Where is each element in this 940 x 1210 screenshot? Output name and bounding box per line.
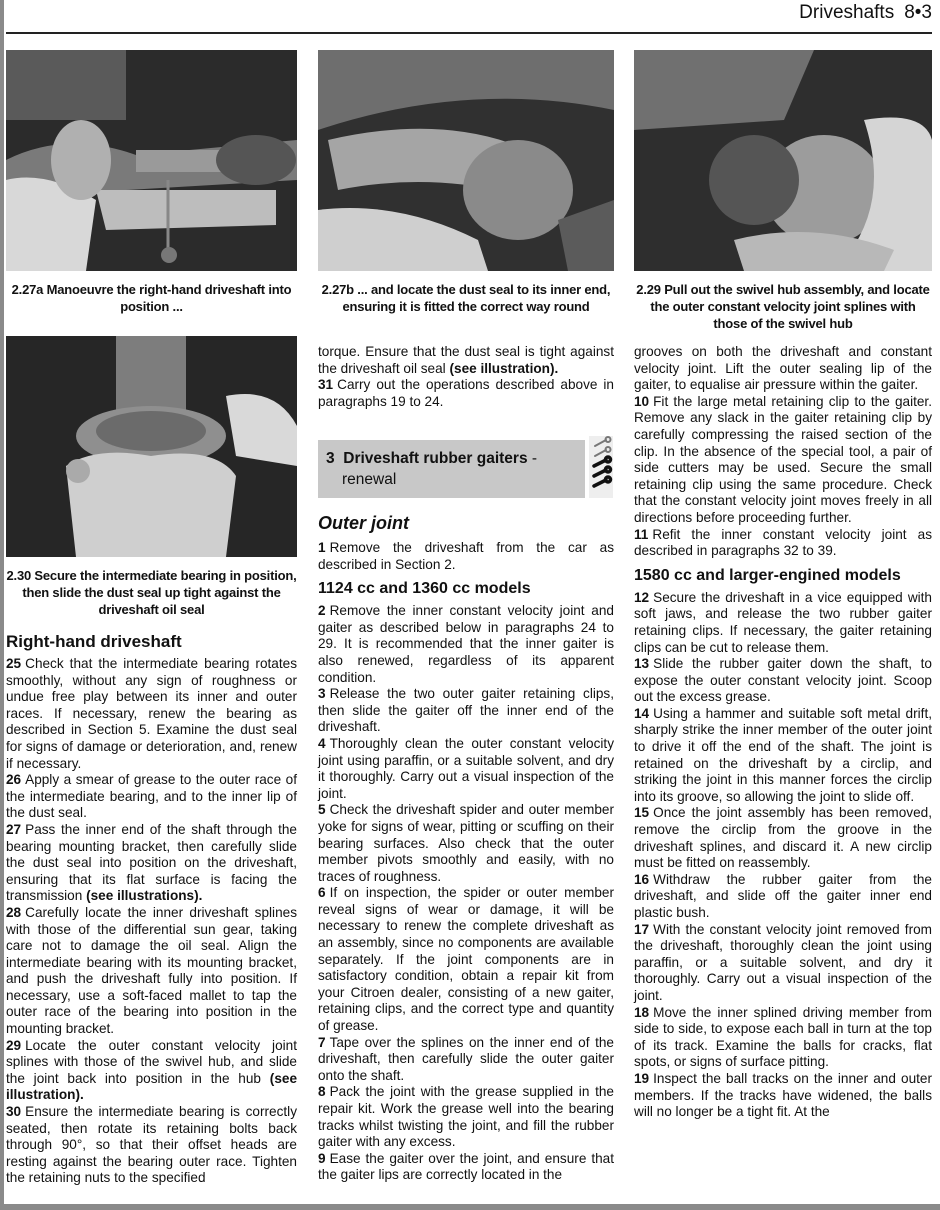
paragraph-8: 8Pack the joint with the grease supplied… [318,1084,614,1150]
paragraph-30: 30Ensure the intermediate bearing is cor… [6,1104,297,1187]
paragraph-26: 26Apply a smear of grease to the outer r… [6,772,297,822]
paragraph-14: 14Using a hammer and suitable soft metal… [634,706,932,806]
paragraph-7: 7Tape over the splines on the inner end … [318,1035,614,1085]
paragraph-15: 15Once the joint assembly has been remov… [634,805,932,871]
paragraph-4: 4Thoroughly clean the outer constant vel… [318,736,614,802]
paragraph-31: 31Carry out the operations described abo… [318,377,614,410]
section-heading-box: 3 Driveshaft rubber gaiters - renewal [318,440,585,498]
paragraph-13: 13Slide the rubber gaiter down the shaft… [634,656,932,706]
illustration-ref: (see illustration). [449,361,558,376]
heading-outer-joint: Outer joint [318,512,614,534]
photo-2-30 [6,336,297,557]
paragraph-11: 11Refit the inner constant velocity join… [634,527,932,560]
photo-2-29 [634,50,932,271]
caption-2-27b: 2.27b ... and locate the dust seal to it… [318,281,614,315]
spanner-rating-icon [589,436,613,498]
paragraph-18: 18Move the inner splined driving member … [634,1005,932,1071]
paragraph-28: 28Carefully locate the inner driveshaft … [6,905,297,1038]
paragraph-29: 29Locate the outer constant velocity joi… [6,1038,297,1104]
chapter-title: Driveshafts [799,2,894,23]
header-rule [6,32,932,34]
paragraph-3: 3Release the two outer gaiter retaining … [318,686,614,736]
page-number: 8•3 [904,2,932,23]
column-1: Right-hand driveshaft 25Check that the i… [6,632,297,1187]
paragraph-6: 6If on inspection, the spider or outer m… [318,885,614,1034]
paragraph-9-continued: grooves on both the driveshaft and const… [634,344,932,394]
paragraph-16: 16Withdraw the rubber gaiter from the dr… [634,872,932,922]
page-bottom-border [0,1204,940,1210]
section-subtitle: renewal [342,471,396,489]
paragraph-25: 25Check that the intermediate bearing ro… [6,656,297,772]
heading-1124-1360-models: 1124 cc and 1360 cc models [318,579,614,599]
paragraph-5: 5Check the driveshaft spider and outer m… [318,802,614,885]
page-left-border [0,0,4,1210]
caption-2-30: 2.30 Secure the intermediate bearing in … [6,567,297,618]
column-2-top: torque. Ensure that the dust seal is tig… [318,344,614,410]
photo-2-27b [318,50,614,271]
photo-2-27a [6,50,297,271]
paragraph-12: 12Secure the driveshaft in a vice equipp… [634,590,932,656]
illustration-ref: (see illustrations). [86,888,202,903]
column-2-main: Outer joint 1Remove the driveshaft from … [318,508,614,1184]
heading-1580-models: 1580 cc and larger-engined models [634,566,932,586]
running-header: Driveshafts8•3 [799,2,932,24]
heading-right-hand-driveshaft: Right-hand driveshaft [6,632,297,652]
paragraph-1: 1Remove the driveshaft from the car as d… [318,540,614,573]
paragraph-19: 19Inspect the ball tracks on the inner a… [634,1071,932,1121]
paragraph-2: 2Remove the inner constant velocity join… [318,603,614,686]
caption-2-27a: 2.27a Manoeuvre the right-hand driveshaf… [6,281,297,315]
paragraph-10: 10Fit the large metal retaining clip to … [634,394,932,527]
paragraph-30-continued: torque. Ensure that the dust seal is tig… [318,344,614,377]
paragraph-9: 9Ease the gaiter over the joint, and ens… [318,1151,614,1184]
section-title: Driveshaft rubber gaiters [343,450,527,467]
paragraph-17: 17With the constant velocity joint remov… [634,922,932,1005]
column-3: grooves on both the driveshaft and const… [634,344,932,1121]
caption-2-29: 2.29 Pull out the swivel hub assembly, a… [634,281,932,332]
paragraph-27: 27Pass the inner end of the shaft throug… [6,822,297,905]
section-number: 3 [326,450,335,467]
